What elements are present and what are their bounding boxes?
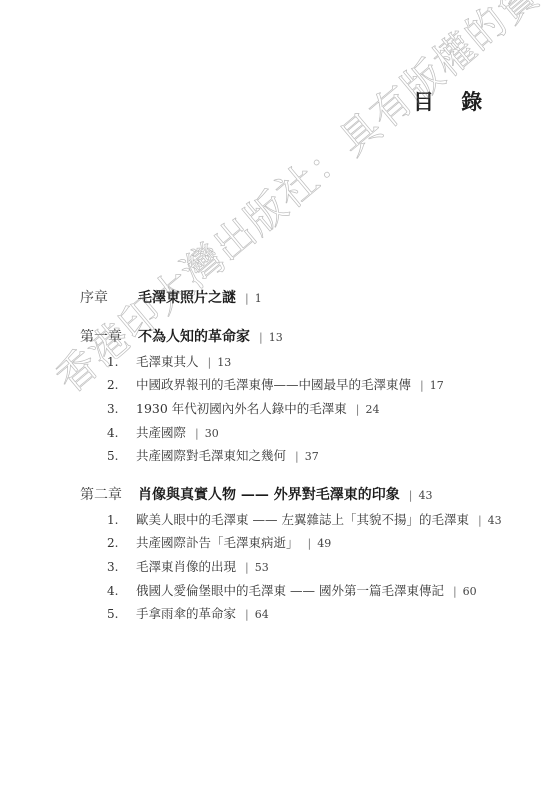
chapter-title: 肖像與真實人物 —— 外界對毛澤東的印象 [138, 487, 400, 503]
toc-entry-section-2-5[interactable]: 5.手拿雨傘的革命家|64 [107, 606, 269, 623]
section-number: 5. [107, 606, 136, 622]
page-number: 13 [217, 356, 231, 369]
toc-entry-section-1-1[interactable]: 1.毛澤東其人|13 [107, 354, 231, 371]
separator: | [195, 427, 199, 440]
section-number: 1. [107, 354, 136, 370]
section-title: 手拿雨傘的革命家 [136, 606, 236, 621]
page-number: 43 [418, 489, 432, 502]
page-number: 30 [205, 427, 219, 440]
section-number: 1. [107, 512, 136, 528]
separator: | [245, 292, 249, 305]
section-title: 歐美人眼中的毛澤東 —— 左翼雜誌上「其貌不揚」的毛澤東 [136, 512, 469, 527]
toc-entry-section-2-1[interactable]: 1.歐美人眼中的毛澤東 —— 左翼雜誌上「其貌不揚」的毛澤東|43 [107, 512, 502, 529]
section-title: 共產國際訃告「毛澤東病逝」 [136, 535, 299, 550]
toc-entry-section-1-5[interactable]: 5.共產國際對毛澤東知之幾何|37 [107, 448, 319, 465]
separator: | [245, 608, 249, 621]
page-number: 24 [366, 403, 380, 416]
chapter-label: 第一章 [80, 329, 138, 345]
separator: | [356, 403, 360, 416]
separator: | [245, 561, 249, 574]
section-title: 毛澤東肖像的出現 [136, 559, 236, 574]
toc-entry-prologue[interactable]: 序章毛澤東照片之謎|1 [80, 290, 262, 307]
section-title: 1930 年代初國內外名人錄中的毛澤東 [136, 401, 347, 416]
page-number: 64 [255, 608, 269, 621]
chapter-title: 不為人知的革命家 [138, 329, 250, 345]
separator: | [308, 537, 312, 550]
separator: | [409, 489, 413, 502]
toc-entry-section-2-3[interactable]: 3.毛澤東肖像的出現|53 [107, 559, 269, 576]
separator: | [478, 514, 482, 527]
section-title: 俄國人愛倫堡眼中的毛澤東 —— 國外第一篇毛澤東傳記 [136, 583, 444, 598]
separator: | [295, 450, 299, 463]
section-number: 5. [107, 448, 136, 464]
section-title: 中國政界報刊的毛澤東傳——中國最早的毛澤東傳 [136, 377, 411, 392]
separator: | [453, 585, 457, 598]
chapter-title: 毛澤東照片之謎 [138, 290, 236, 306]
page-number: 49 [317, 537, 331, 550]
page-number: 37 [305, 450, 319, 463]
section-number: 4. [107, 425, 136, 441]
separator: | [420, 379, 424, 392]
toc-entry-section-1-2[interactable]: 2.中國政界報刊的毛澤東傳——中國最早的毛澤東傳|17 [107, 377, 444, 394]
page-number: 13 [269, 331, 283, 344]
toc-entry-section-2-2[interactable]: 2.共產國際訃告「毛澤東病逝」|49 [107, 535, 331, 552]
section-number: 2. [107, 377, 136, 393]
separator: | [208, 356, 212, 369]
toc-entry-section-1-3[interactable]: 3.1930 年代初國內外名人錄中的毛澤東|24 [107, 401, 380, 418]
book-page: 目 錄 序章毛澤東照片之謎|1 第一章不為人知的革命家|13 1.毛澤東其人|1… [0, 0, 555, 800]
page-number: 17 [430, 379, 444, 392]
toc-entry-section-2-4[interactable]: 4.俄國人愛倫堡眼中的毛澤東 —— 國外第一篇毛澤東傳記|60 [107, 583, 477, 600]
page-number: 43 [488, 514, 502, 527]
toc-heading: 目 錄 [413, 86, 492, 116]
section-title: 共產國際 [136, 425, 186, 440]
chapter-label: 第二章 [80, 487, 138, 503]
toc-entry-chapter-2[interactable]: 第二章肖像與真實人物 —— 外界對毛澤東的印象|43 [80, 487, 432, 504]
section-number: 3. [107, 401, 136, 417]
toc-entry-section-1-4[interactable]: 4.共產國際|30 [107, 425, 219, 442]
page-number: 53 [255, 561, 269, 574]
toc-entry-chapter-1[interactable]: 第一章不為人知的革命家|13 [80, 329, 283, 346]
section-title: 毛澤東其人 [136, 354, 199, 369]
section-number: 4. [107, 583, 136, 599]
section-number: 3. [107, 559, 136, 575]
section-number: 2. [107, 535, 136, 551]
separator: | [259, 331, 263, 344]
chapter-label: 序章 [80, 290, 138, 306]
section-title: 共產國際對毛澤東知之幾何 [136, 448, 286, 463]
page-number: 60 [463, 585, 477, 598]
page-number: 1 [255, 292, 262, 305]
